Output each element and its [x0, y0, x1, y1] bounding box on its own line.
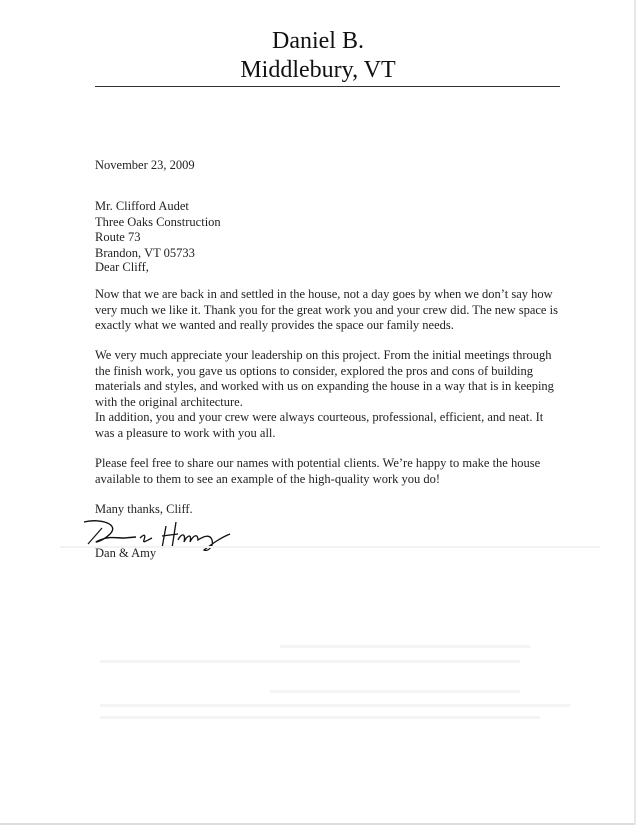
- paragraph-1: Now that we are back in and settled in t…: [95, 287, 565, 334]
- letterhead-divider: [95, 86, 560, 87]
- scanned-letter-page: Daniel B. Middlebury, VT November 23, 20…: [0, 0, 636, 825]
- bleed-through-text: [100, 660, 520, 663]
- paragraph-2: We very much appreciate your leadership …: [95, 348, 565, 410]
- recipient-address: Mr. Clifford Audet Three Oaks Constructi…: [95, 199, 565, 261]
- bleed-through-text: [280, 645, 530, 648]
- salutation: Dear Cliff,: [95, 260, 565, 276]
- recipient-company: Three Oaks Construction: [95, 215, 565, 231]
- letterhead-name: Daniel B.: [0, 27, 636, 55]
- scan-artifact: [60, 546, 600, 548]
- recipient-street: Route 73: [95, 230, 565, 246]
- signature-name: Dan & Amy: [95, 546, 565, 562]
- letter-date: November 23, 2009: [95, 158, 565, 174]
- bleed-through-text: [270, 690, 520, 693]
- bleed-through-text: [100, 716, 540, 719]
- recipient-name: Mr. Clifford Audet: [95, 199, 565, 215]
- paragraph-4: Please feel free to share our names with…: [95, 456, 565, 487]
- recipient-city: Brandon, VT 05733: [95, 246, 565, 262]
- bleed-through-text: [100, 704, 570, 707]
- letterhead-location: Middlebury, VT: [0, 56, 636, 84]
- paragraph-3: In addition, you and your crew were alwa…: [95, 410, 565, 441]
